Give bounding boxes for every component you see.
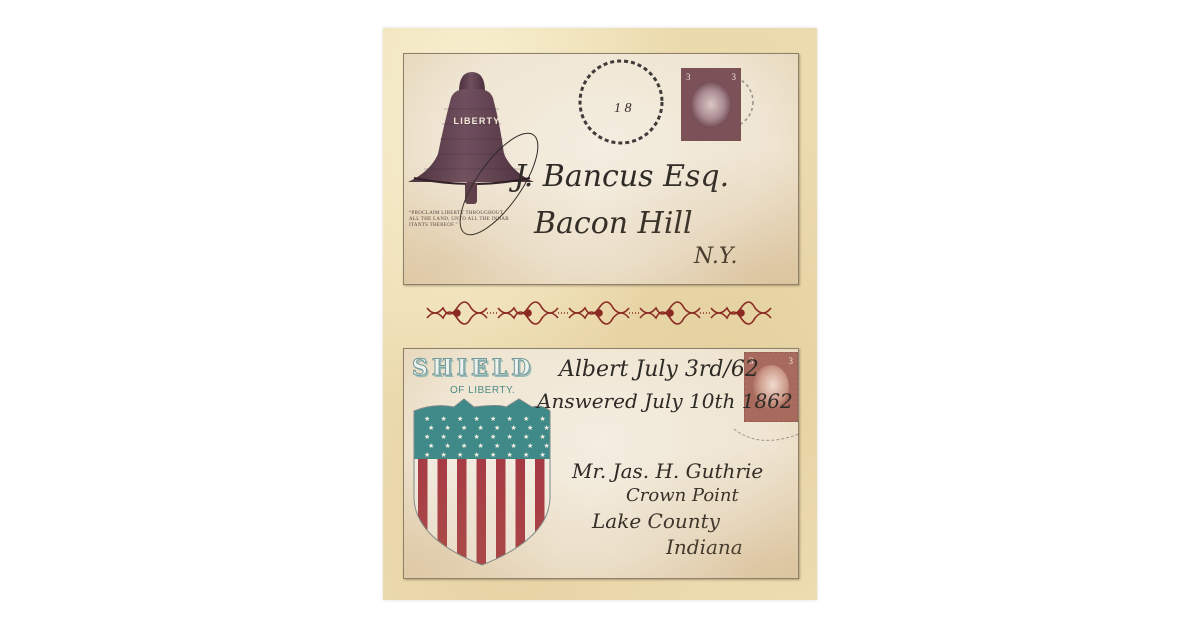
svg-text:★: ★ <box>494 442 500 450</box>
svg-text:★: ★ <box>490 433 496 441</box>
svg-text:★: ★ <box>441 415 447 423</box>
note-line-2: Answered July 10th 1862 <box>537 389 793 413</box>
address-line-1: Mr. Jas. H. Guthrie <box>572 459 763 483</box>
address-line-2: Bacon Hill <box>534 206 693 241</box>
svg-text:★: ★ <box>428 424 434 432</box>
bell-label: LIBERTY <box>453 116 501 126</box>
svg-text:★: ★ <box>461 424 467 432</box>
svg-text:★: ★ <box>540 451 546 459</box>
address-line-4: Indiana <box>666 535 743 559</box>
svg-text:★: ★ <box>523 451 529 459</box>
svg-text:★: ★ <box>441 451 447 459</box>
svg-text:★: ★ <box>461 442 467 450</box>
svg-text:★: ★ <box>527 424 533 432</box>
ornament-divider-icon <box>421 294 777 332</box>
svg-text:★: ★ <box>457 451 463 459</box>
stamp-value: 3 <box>789 356 794 366</box>
svg-text:★: ★ <box>507 415 513 423</box>
note-line-1: Albert July 3rd/62 <box>559 357 759 382</box>
svg-text:★: ★ <box>478 442 484 450</box>
svg-text:★: ★ <box>544 442 550 450</box>
envelope-shield-of-liberty: SHIELD OF LIBERTY. ★★★★★★★★★★★★★★★★★★★★★… <box>403 348 799 579</box>
svg-text:★: ★ <box>511 442 517 450</box>
svg-text:★: ★ <box>494 424 500 432</box>
address-line-3: Lake County <box>592 509 720 533</box>
svg-text:★: ★ <box>523 433 529 441</box>
quote-line: ITANTS THEREOF.” <box>409 223 529 229</box>
address-line-3: N.Y. <box>694 244 738 269</box>
address-line-1: J. Bancus Esq. <box>514 159 729 194</box>
stamp-portrait-icon <box>690 81 732 128</box>
svg-text:★: ★ <box>424 451 430 459</box>
svg-text:★: ★ <box>523 415 529 423</box>
svg-text:★: ★ <box>478 424 484 432</box>
svg-text:★: ★ <box>457 415 463 423</box>
svg-text:★: ★ <box>441 433 447 441</box>
stamp-value: 3 <box>686 72 691 82</box>
svg-text:★: ★ <box>527 442 533 450</box>
svg-text:★: ★ <box>474 451 480 459</box>
svg-text:1 8: 1 8 <box>614 101 632 116</box>
svg-text:★: ★ <box>474 433 480 441</box>
svg-text:★: ★ <box>511 424 517 432</box>
svg-text:★: ★ <box>424 433 430 441</box>
svg-text:★: ★ <box>507 451 513 459</box>
postcard: 1 8 LIBERTY “PROCLAIM LIBERTY THROUGHOUT… <box>383 28 817 600</box>
svg-text:★: ★ <box>445 424 451 432</box>
svg-text:★: ★ <box>507 433 513 441</box>
bell-quote: “PROCLAIM LIBERTY THROUGHOUT ALL THE LAN… <box>409 211 529 229</box>
svg-text:★: ★ <box>544 424 550 432</box>
postage-stamp: 3 3 <box>681 68 741 141</box>
svg-text:★: ★ <box>540 433 546 441</box>
envelope-liberty-bell: 1 8 LIBERTY “PROCLAIM LIBERTY THROUGHOUT… <box>403 53 799 285</box>
svg-text:★: ★ <box>445 442 451 450</box>
svg-text:★: ★ <box>457 433 463 441</box>
svg-text:★: ★ <box>540 415 546 423</box>
svg-text:★: ★ <box>490 415 496 423</box>
svg-text:★: ★ <box>474 415 480 423</box>
svg-text:★: ★ <box>428 442 434 450</box>
svg-text:★: ★ <box>490 451 496 459</box>
stamp-value: 3 <box>732 72 737 82</box>
address-line-2: Crown Point <box>626 485 739 506</box>
svg-text:★: ★ <box>424 415 430 423</box>
